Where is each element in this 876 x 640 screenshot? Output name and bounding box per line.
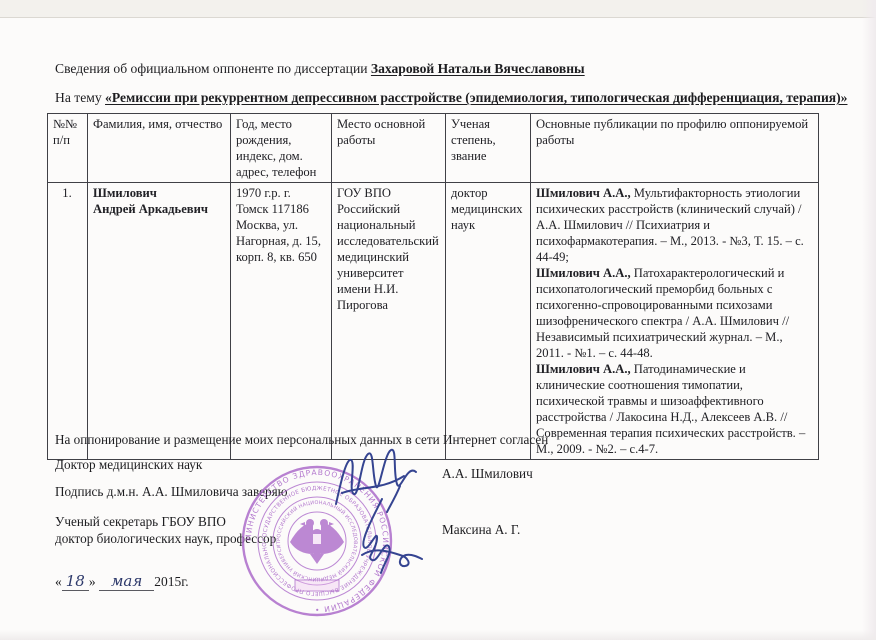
topic-prefix: На тему xyxy=(55,90,105,105)
secretary-signature-name: Максина А. Г. xyxy=(442,522,520,538)
secretary-signature xyxy=(348,497,428,575)
table-header-row: №№ п/п Фамилия, имя, отчество Год, место… xyxy=(48,114,819,183)
header-degree: Ученая степень, звание xyxy=(446,114,531,183)
dissertation-topic-title: «Ремиссии при рекуррентном депрессивном … xyxy=(105,90,847,105)
opponent-birth-address: 1970 г.р. г. Томск 117186 Москва, ул. На… xyxy=(231,183,332,460)
date-open-quote: « xyxy=(55,574,62,589)
document-topic: На тему «Ремиссии при рекуррентном депре… xyxy=(55,90,847,106)
publication-text: Патодинамические и клинические соотношен… xyxy=(536,362,805,456)
row-number: 1. xyxy=(48,183,88,460)
publication-author: Шмилович А.А., xyxy=(536,186,631,200)
header-birth: Год, место рождения, индекс, дом. адрес,… xyxy=(231,114,332,183)
handwritten-month: мая xyxy=(99,572,154,591)
title-prefix: Сведения об официальном оппоненте по дис… xyxy=(55,61,371,76)
scan-top-edge xyxy=(0,0,876,18)
opponent-signature-name: А.А. Шмилович xyxy=(442,466,533,482)
scanned-document-page: Сведения об официальном оппоненте по дис… xyxy=(0,0,876,640)
handwritten-day: 18 xyxy=(62,572,89,591)
stamp-eagle-emblem xyxy=(290,519,344,564)
publication-entry: Шмилович А.А., Патодинамические и клинич… xyxy=(536,361,812,457)
document-title: Сведения об официальном оппоненте по дис… xyxy=(55,61,585,77)
publication-author: Шмилович А.А., xyxy=(536,362,631,376)
scan-right-edge xyxy=(862,0,876,640)
publication-entry: Шмилович А.А., Мультифакторность этиолог… xyxy=(536,185,812,265)
table-row: 1. Шмилович Андрей Аркадьевич 1970 г.р. … xyxy=(48,183,819,460)
opponent-workplace: ГОУ ВПО Российский национальный исследов… xyxy=(332,183,446,460)
opponent-publications: Шмилович А.А., Мультифакторность этиолог… xyxy=(531,183,819,460)
scan-bottom-edge xyxy=(0,630,876,640)
opponent-table: №№ п/п Фамилия, имя, отчество Год, место… xyxy=(47,113,819,460)
opponent-surname: Шмилович xyxy=(93,185,224,201)
publication-author: Шмилович А.А., xyxy=(536,266,631,280)
consent-statement: На оппонирование и размещение моих персо… xyxy=(55,432,548,448)
date-close-quote: » xyxy=(89,574,96,589)
date-year: 2015г. xyxy=(154,574,188,589)
publication-entry: Шмилович А.А., Патохарактерологический и… xyxy=(536,265,812,361)
publication-text: Патохарактерологический и психопатологич… xyxy=(536,266,789,360)
opponent-degree: доктор медицинских наук xyxy=(446,183,531,460)
header-num: №№ п/п xyxy=(48,114,88,183)
dissertation-author-name: Захаровой Натальи Вячеславовны xyxy=(371,61,585,76)
header-workplace: Место основной работы xyxy=(332,114,446,183)
opponent-full-name: Шмилович Андрей Аркадьевич xyxy=(88,183,231,460)
header-fio: Фамилия, имя, отчество xyxy=(88,114,231,183)
opponent-given-names: Андрей Аркадьевич xyxy=(93,201,224,217)
header-publications: Основные публикации по профилю оппонируе… xyxy=(531,114,819,183)
date-line: «18» мая2015г. xyxy=(55,572,189,590)
opponent-degree-line: Доктор медицинских наук xyxy=(55,457,202,473)
